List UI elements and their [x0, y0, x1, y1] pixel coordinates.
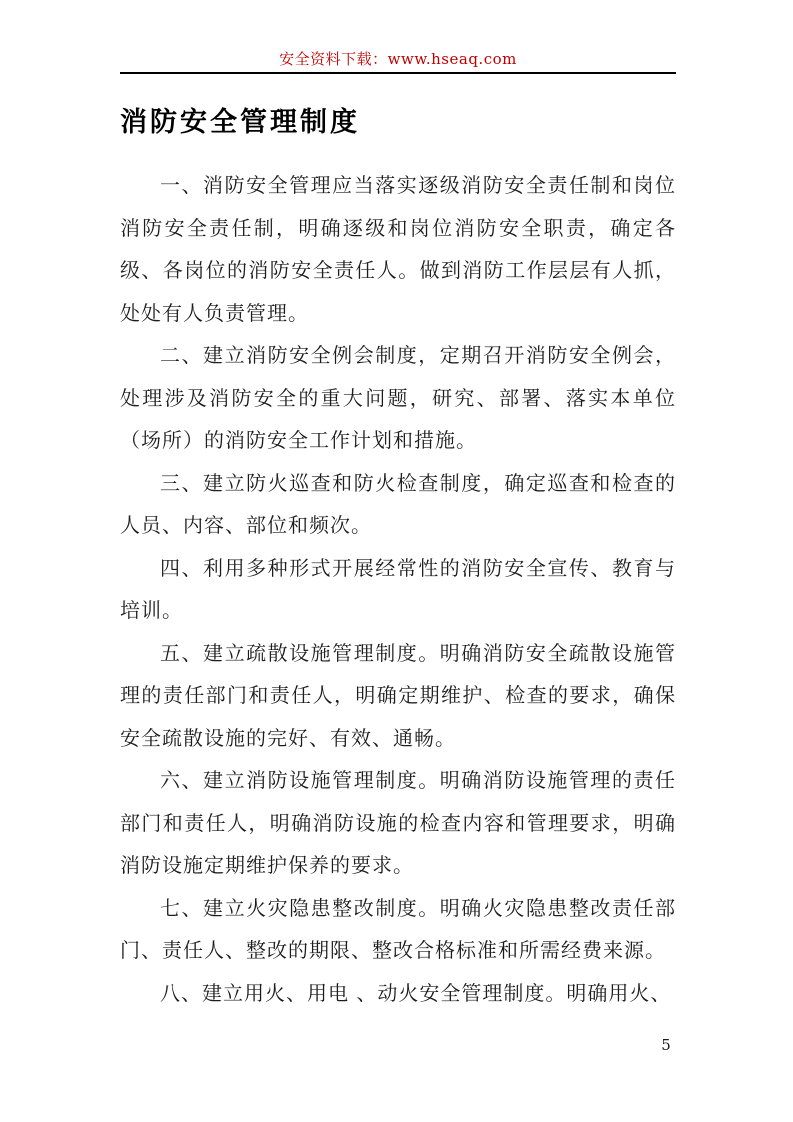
page-title: 消防安全管理制度	[120, 100, 676, 139]
page-number: 5	[656, 1036, 676, 1054]
paragraph-1: 一、消防安全管理应当落实逐级消防安全责任制和岗位消防安全责任制，明确逐级和岗位消…	[120, 164, 676, 334]
header-site-notice: 安全资料下载：www.hseaq.com	[120, 48, 676, 69]
paragraph-4: 四、利用多种形式开展经常性的消防安全宣传、教育与培训。	[120, 547, 676, 632]
paragraph-3: 三、建立防火巡查和防火检查制度，确定巡查和检查的人员、内容、部位和频次。	[120, 462, 676, 547]
header-rule	[120, 72, 676, 74]
paragraph-2: 二、建立消防安全例会制度，定期召开消防安全例会，处理涉及消防安全的重大问题，研究…	[120, 334, 676, 462]
document-body: 一、消防安全管理应当落实逐级消防安全责任制和岗位消防安全责任制，明确逐级和岗位消…	[120, 164, 676, 1014]
document-page: 安全资料下载：www.hseaq.com 消防安全管理制度 一、消防安全管理应当…	[0, 0, 793, 1122]
paragraph-7: 七、建立火灾隐患整改制度。明确火灾隐患整改责任部门、责任人、整改的期限、整改合格…	[120, 887, 676, 972]
paragraph-8: 八、建立用火、用电 、动火安全管理制度。明确用火、	[120, 972, 676, 1015]
paragraph-5: 五、建立疏散设施管理制度。明确消防安全疏散设施管理的责任部门和责任人，明确定期维…	[120, 632, 676, 760]
paragraph-6: 六、建立消防设施管理制度。明确消防设施管理的责任部门和责任人，明确消防设施的检查…	[120, 759, 676, 887]
